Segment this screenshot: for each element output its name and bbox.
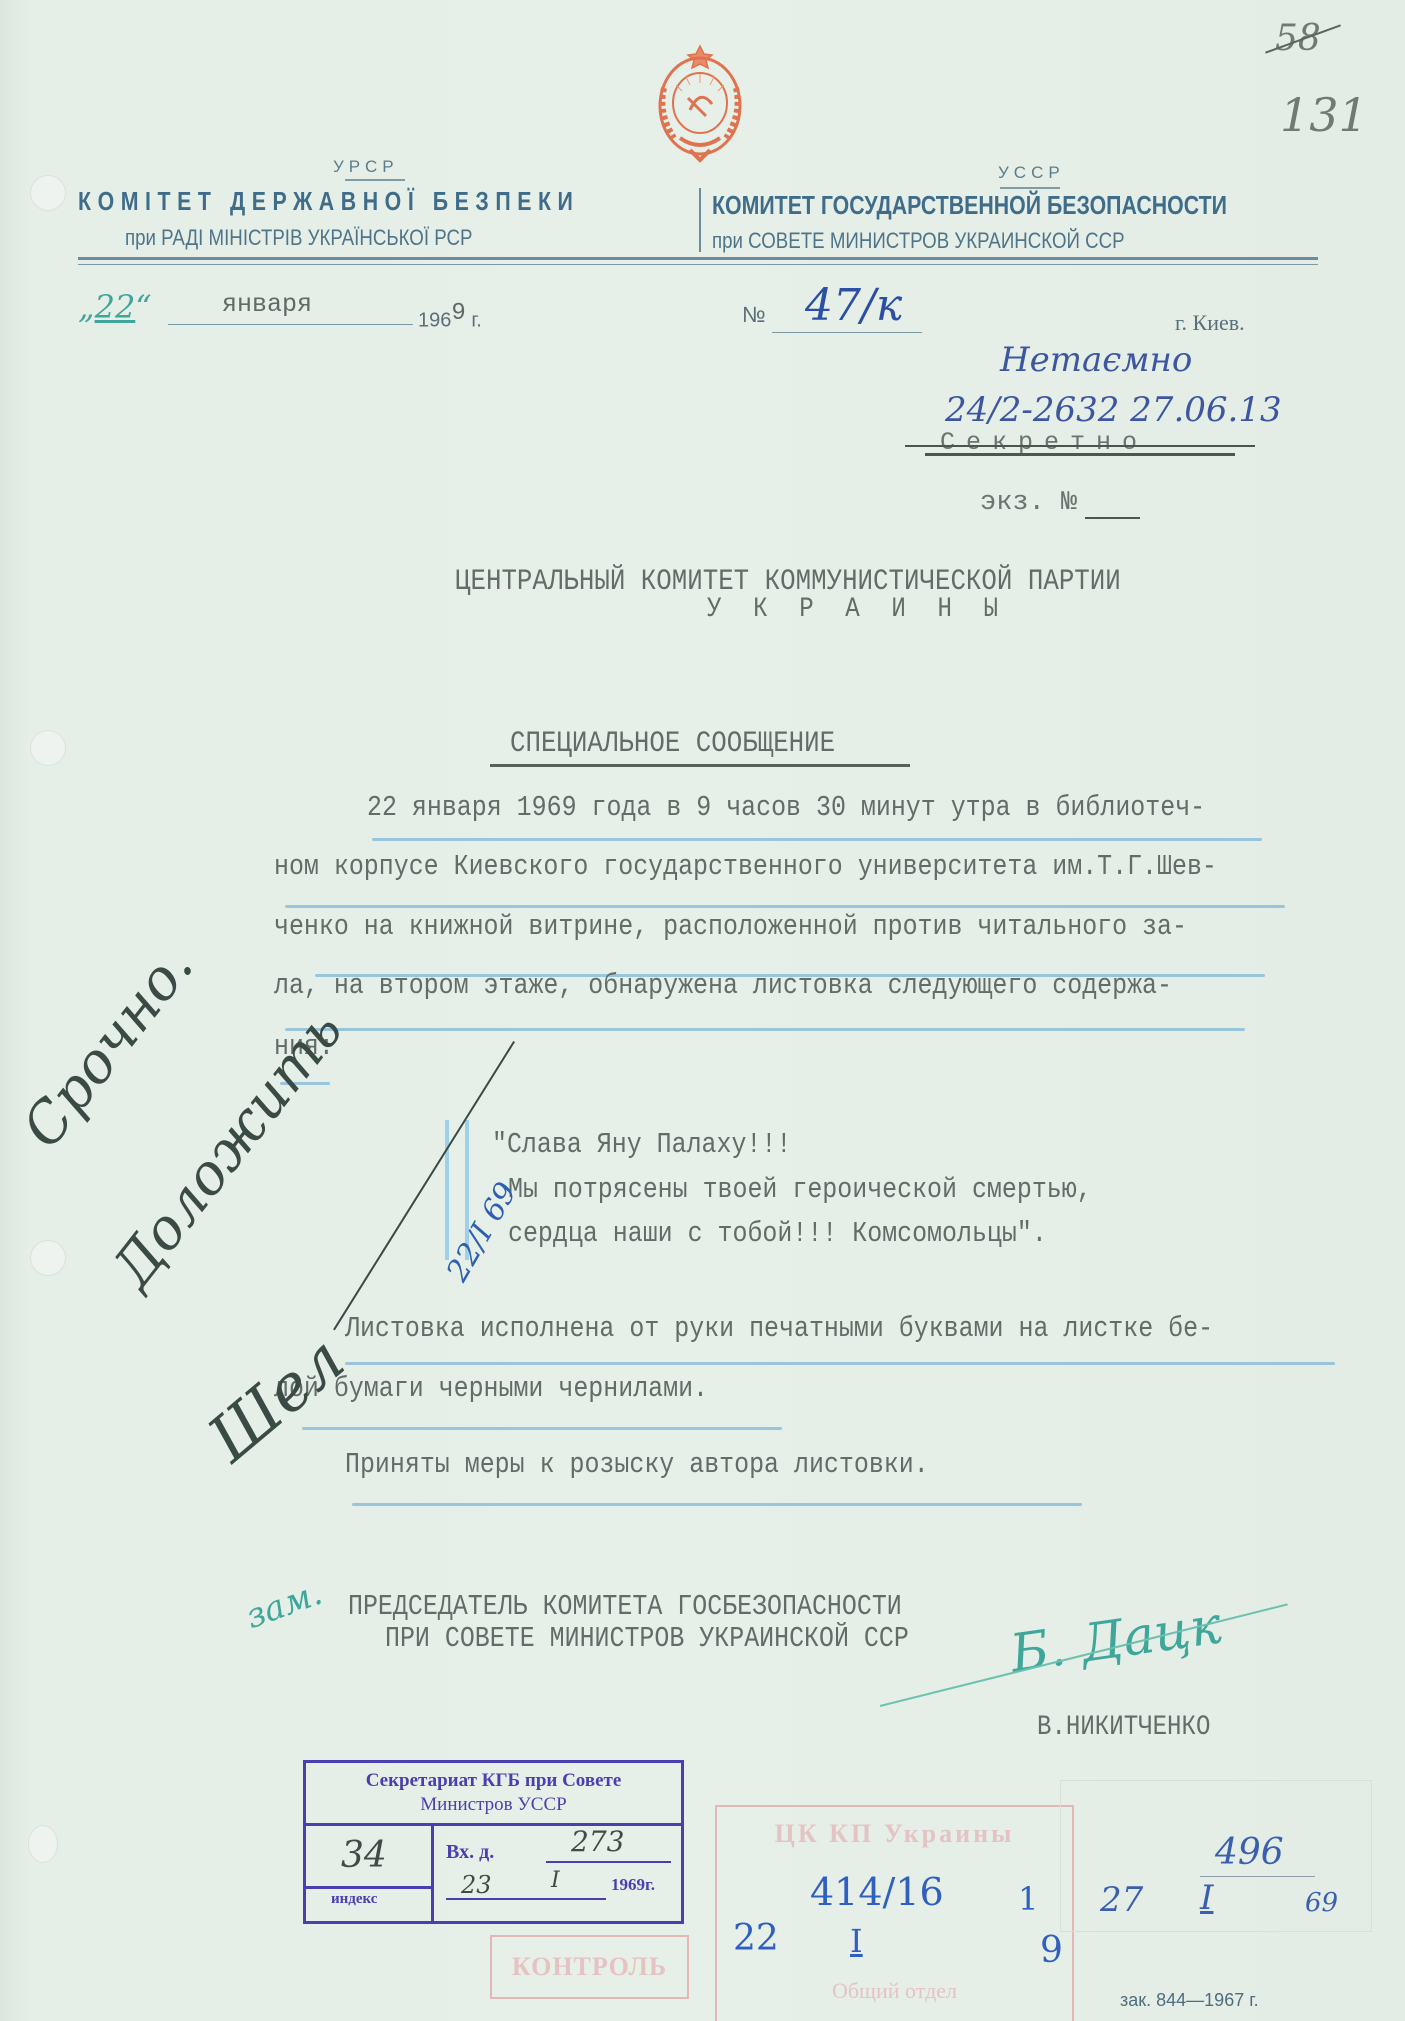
letterhead-right-title: КОМИТЕТ ГОСУДАРСТВЕННОЙ БЕЗОПАСНОСТИ xyxy=(712,190,1227,221)
secret-underline xyxy=(925,453,1235,456)
letterhead-left-abbr: УРСР xyxy=(333,157,399,177)
document-page: 58 131 УРСР УССР КОМІТЕТ ДЕРЖАВНОЇ БЕЗПЕ… xyxy=(0,0,1405,2021)
month-underline xyxy=(168,324,413,325)
print-order-number: зак. 844—1967 г. xyxy=(1120,1990,1259,2011)
cc-registration-number: 414/16 xyxy=(810,1870,944,1914)
cc-registration-hour: 1 xyxy=(1018,1880,1038,1918)
quote-line: Мы потрясены твоей героической смертью, xyxy=(508,1173,1092,1206)
quote-line: "Слава Яну Палаху!!! xyxy=(492,1128,791,1161)
declassified-reference: 24/2-2632 27.06.13 xyxy=(945,390,1282,430)
title-underline xyxy=(490,764,910,767)
letterhead-right-subtitle: при СОВЕТЕ МИНИСТРОВ УКРАИНСКОЙ ССР xyxy=(712,228,1125,254)
stamp-incoming-label: Вх. д. xyxy=(446,1841,494,1864)
strike-line xyxy=(905,445,1255,447)
second-registration-day: 27 xyxy=(1100,1880,1143,1920)
cc-registration-day: 22 xyxy=(733,1918,779,1959)
document-number: 47/к xyxy=(805,280,902,331)
letterhead-rule-thin xyxy=(78,264,1318,265)
second-registration-number: 496 xyxy=(1215,1832,1284,1873)
abbr-underline xyxy=(345,179,405,181)
date-year: 1969 г. xyxy=(418,300,482,333)
cc-stamp-footer: Общий отдел xyxy=(717,1978,1072,2004)
quote-line: сердца наши с тобой!!! Комсомольцы". xyxy=(508,1217,1047,1250)
highlight-underline xyxy=(302,1427,782,1430)
number-label: № xyxy=(742,302,766,328)
punch-hole xyxy=(30,730,66,766)
stamp-header: Секретариат КГБ при Совете Министров УСС… xyxy=(306,1769,681,1817)
control-stamp: КОНТРОЛЬ xyxy=(490,1935,689,1999)
old-page-number: 58 xyxy=(1275,18,1321,59)
copy-number-label: экз. № xyxy=(980,488,1077,518)
resolution-signature: Шел xyxy=(195,1323,359,1477)
punch-hole xyxy=(30,175,66,211)
signatory-name: В.НИКИТЧЕНКО xyxy=(1037,1712,1210,1743)
punch-hole xyxy=(30,1240,66,1276)
stamp-incoming-number: 273 xyxy=(571,1825,624,1858)
body-line: ла, на втором этаже, обнаружена листовка… xyxy=(274,969,1172,1002)
abbr-underline xyxy=(1000,187,1060,189)
number-underline xyxy=(772,332,922,333)
date-day-field: „22“ xyxy=(78,288,152,326)
letterhead-divider xyxy=(699,188,701,252)
second-registration-month: I xyxy=(1200,1878,1213,1918)
cc-registration-minute: 9 xyxy=(1040,1930,1063,1971)
letterhead-left-subtitle: при РАДІ МІНІСТРІВ УКРАЇНСЬКОЇ РСР xyxy=(125,225,472,251)
stamp-index-value: 34 xyxy=(341,1835,387,1876)
deputy-prefix: зам. xyxy=(241,1573,328,1637)
highlight-underline xyxy=(372,838,1262,841)
punch-hole xyxy=(28,1825,58,1863)
secretariat-registration-stamp: Секретариат КГБ при Совете Министров УСС… xyxy=(303,1760,684,1924)
body-line: Приняты меры к розыску автора листовки. xyxy=(345,1448,929,1481)
highlight-underline xyxy=(345,1362,1335,1365)
stamp-date-day: 23 xyxy=(461,1871,492,1899)
coat-of-arms-emblem xyxy=(650,38,750,168)
archive-page-number: 131 xyxy=(1280,88,1368,142)
document-title: СПЕЦИАЛЬНОЕ СООБЩЕНИЕ xyxy=(510,727,835,761)
resolution-urgent: Срочно. xyxy=(10,934,206,1160)
date-month: января xyxy=(222,290,312,319)
declassified-note: Нетаємно xyxy=(1000,340,1192,380)
city: г. Киев. xyxy=(1175,310,1245,336)
body-line: ном корпусе Киевского государственного у… xyxy=(274,850,1217,883)
body-line: ченко на книжной витрине, расположенной … xyxy=(274,910,1187,943)
cc-registration-month: I xyxy=(850,1922,863,1960)
highlight-underline xyxy=(285,1028,1245,1031)
addressee-line2: У К Р А И Н Ы xyxy=(707,594,1007,625)
registration-underline xyxy=(1200,1876,1315,1877)
margin-bar xyxy=(445,1120,449,1260)
copy-number-blank xyxy=(1085,517,1140,519)
letterhead-right-abbr: УССР xyxy=(998,163,1065,183)
signatory-title-line1: ПРЕДСЕДАТЕЛЬ КОМИТЕТА ГОСБЕЗОПАСНОСТИ xyxy=(348,1590,902,1623)
body-line: 22 января 1969 года в 9 часов 30 минут у… xyxy=(367,791,1205,824)
stamp-date-month: I xyxy=(551,1868,560,1893)
stamp-date-year: 1969г. xyxy=(611,1875,655,1895)
letterhead-rule xyxy=(78,257,1318,260)
highlight-underline xyxy=(352,1503,1082,1506)
letterhead-left-title: КОМІТЕТ ДЕРЖАВНОЇ БЕЗПЕКИ xyxy=(78,186,579,217)
highlight-underline xyxy=(285,905,1285,908)
second-registration-year: 69 xyxy=(1305,1888,1338,1918)
handwritten-signature: Б. Дацк xyxy=(1007,1596,1225,1685)
stamp-index-label: индекс xyxy=(331,1891,377,1908)
cc-stamp-header: ЦК КП Украины xyxy=(717,1819,1072,1849)
body-line: Листовка исполнена от руки печатными бук… xyxy=(345,1312,1213,1345)
signatory-title-line2: ПРИ СОВЕТЕ МИНИСТРОВ УКРАИНСКОЙ ССР xyxy=(385,1622,909,1655)
